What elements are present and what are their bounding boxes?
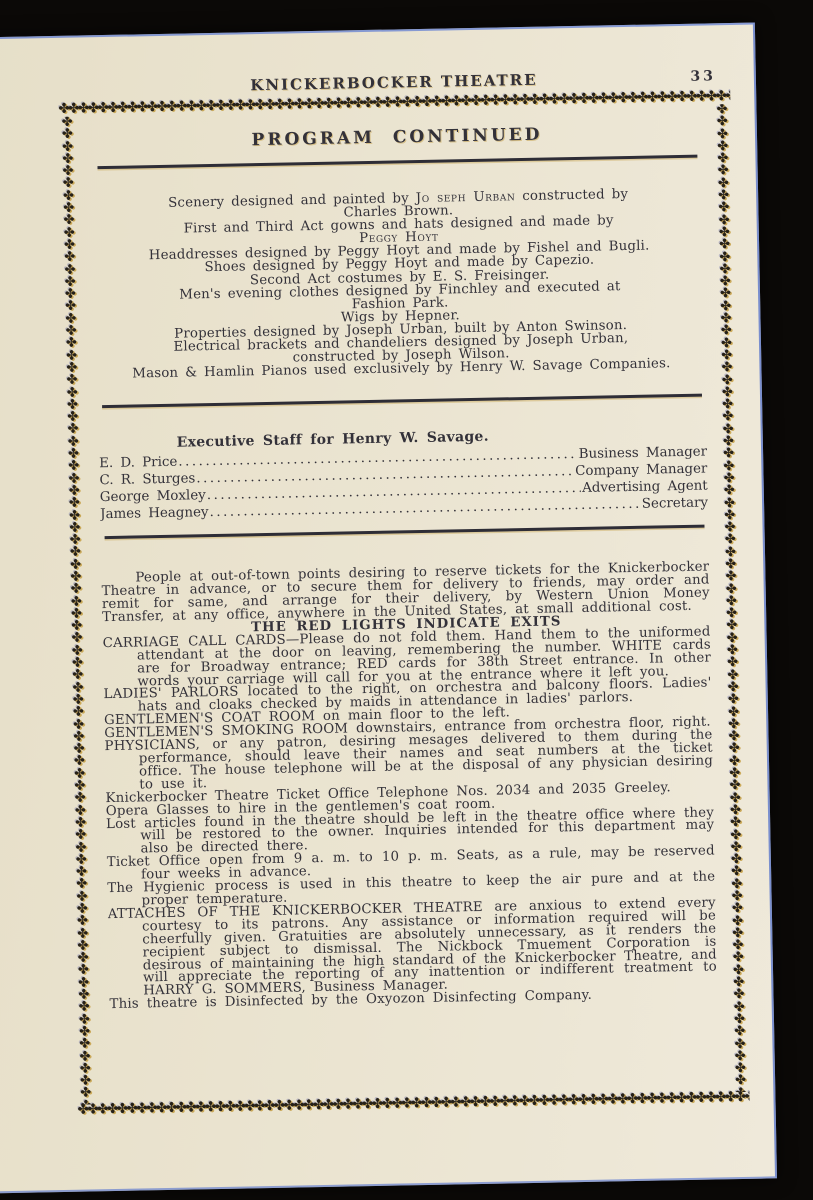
staff-name: C. R. Sturges — [99, 471, 195, 490]
staff-name: E. D. Price — [99, 454, 177, 472]
border-right-ornament-column: ✤ ✤ ✤ ✤ ✤ ✤ ✤ ✤ ✤ ✤ ✤ ✤ ✤ ✤ ✤ ✤ ✤ ✤ ✤ ✤ … — [713, 104, 749, 1092]
staff-name: James Heagney — [100, 504, 209, 523]
production-credits: Scenery designed and painted by Jo seph … — [94, 187, 705, 382]
theatre-notices: People at out-of-town points desiring to… — [101, 562, 717, 1012]
border-left-ornament-column: ✤ ✤ ✤ ✤ ✤ ✤ ✤ ✤ ✤ ✤ ✤ ✤ ✤ ✤ ✤ ✤ ✤ ✤ ✤ ✤ … — [59, 117, 95, 1105]
program-page: KNICKERBOCKER THEATRE 33 ✤✤✤✤✤✤✤✤✤✤✤✤✤✤✤… — [0, 23, 777, 1194]
page-sheet: KNICKERBOCKER THEATRE 33 ✤✤✤✤✤✤✤✤✤✤✤✤✤✤✤… — [0, 25, 775, 1192]
photo-backdrop: KNICKERBOCKER THEATRE 33 ✤✤✤✤✤✤✤✤✤✤✤✤✤✤✤… — [0, 0, 813, 1200]
horizontal-rule — [105, 525, 705, 540]
page-content: PROGRAM CONTINUED Scenery designed and p… — [93, 106, 720, 1103]
staff-name: George Moxley — [100, 487, 206, 506]
executive-staff-section: Executive Staff for Henry W. Savage. E. … — [99, 425, 709, 524]
program-continued-heading: PROGRAM CONTINUED — [93, 122, 701, 154]
horizontal-rule — [102, 394, 702, 409]
ornamental-border-box: ✤✤✤✤✤✤✤✤✤✤✤✤✤✤✤✤✤✤✤✤✤✤✤✤✤✤✤✤✤✤✤✤✤✤✤✤✤✤✤✤… — [58, 89, 749, 1120]
page-number: 33 — [690, 68, 716, 84]
horizontal-rule — [97, 155, 697, 170]
executive-staff-list: E. D. Price.............................… — [99, 444, 708, 524]
staff-title: Secretary — [642, 495, 709, 513]
notice-item: ATTACHES OF THE KNICKERBOCKER THEATRE ar… — [108, 897, 718, 999]
